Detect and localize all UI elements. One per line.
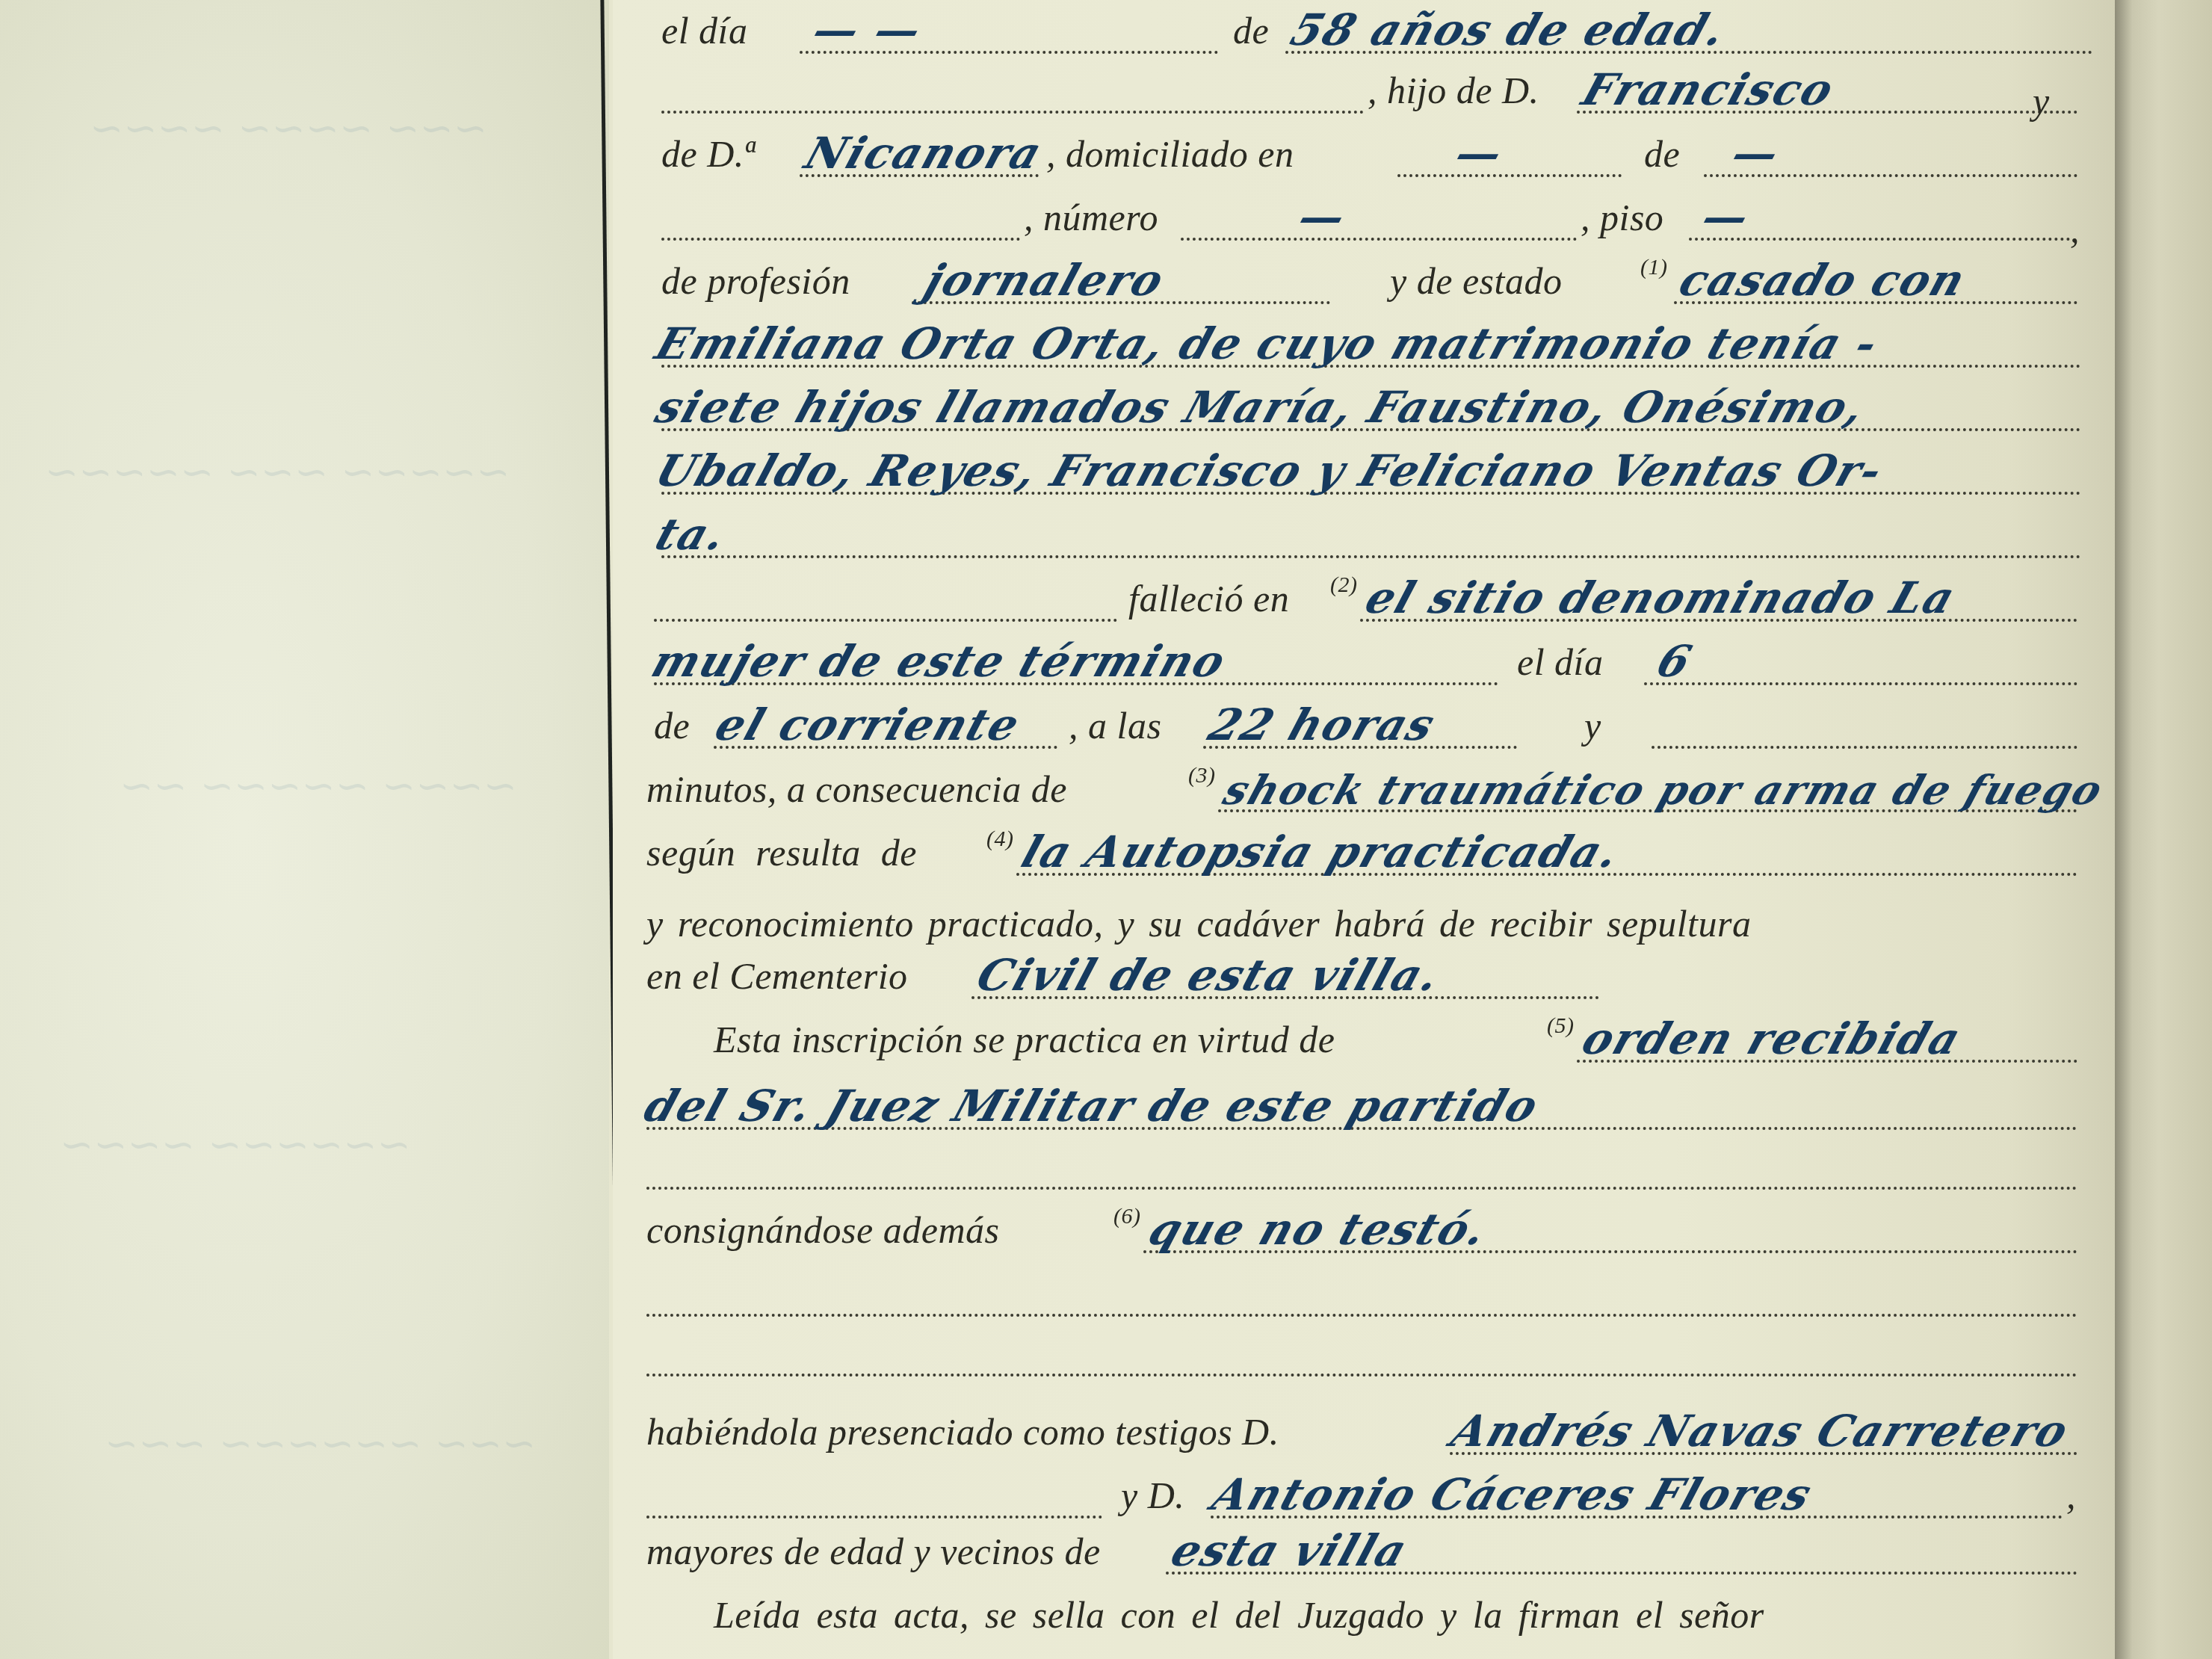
- line-reconocimiento: y reconocimiento practicado, y su cadáve…: [613, 893, 2092, 953]
- value-hijos: siete hijos llamados María, Faustino, On…: [649, 382, 1872, 433]
- line-testigos-1: habiéndola presenciado como testigos D. …: [613, 1401, 2092, 1461]
- fill-line: [646, 1374, 2077, 1377]
- value-localidad: —: [1726, 128, 1787, 179]
- line-numero: , número — , piso — ,: [613, 187, 2092, 247]
- fill-line: [1181, 238, 1577, 241]
- fill-line: [1652, 746, 2077, 749]
- fill-line: [1689, 238, 2070, 241]
- bleed-through-text: ~~~~~ ~~~ ~~~~~: [45, 448, 510, 495]
- fill-line: [1397, 174, 1622, 177]
- value-madre: Nicanora: [799, 128, 1049, 179]
- value-cementerio: Civil de esta villa.: [971, 950, 1448, 1001]
- line-padre: , hijo de D. Francisco y: [613, 60, 2092, 120]
- value-testigo-1: Andrés Navas Carretero: [1445, 1406, 2076, 1456]
- label-testigos: habiéndola presenciado como testigos D.: [646, 1410, 1279, 1453]
- fill-line: [654, 619, 1117, 622]
- line-lugar: mujer de este término el día 6: [613, 631, 2092, 691]
- label-de: de: [654, 704, 690, 747]
- line-cementerio: en el Cementerio Civil de esta villa.: [613, 945, 2092, 1005]
- label-y-d: y D.: [1121, 1474, 1184, 1517]
- label-el-dia: el día: [1517, 640, 1603, 684]
- value-domicilio: —: [1449, 128, 1510, 179]
- line-testigos-2: y D. Antonio Cáceres Flores ,: [613, 1465, 2092, 1524]
- text-leida: Leída esta acta, se sella con el del Juz…: [714, 1593, 1764, 1637]
- value-mes: el corriente: [709, 699, 1027, 750]
- line-fecha: de el corriente , a las 22 horas y: [613, 695, 2092, 755]
- bleed-through-text: ~~~ ~~~~~~ ~~~: [105, 1420, 536, 1467]
- value-hijos-cont: Ubaldo, Reyes, Francisco y Feliciano Ven…: [649, 445, 1890, 496]
- bleed-through-text: ~~~ ~~~~ ~~~~: [90, 105, 487, 152]
- value-profesion: jornalero: [918, 255, 1171, 306]
- line-blank-1: [613, 1136, 2092, 1196]
- value-numero: —: [1292, 191, 1353, 242]
- line-leida: Leída esta acta, se sella con el del Juz…: [613, 1584, 2092, 1644]
- label-piso: , piso: [1581, 196, 1663, 239]
- line-hw4: ta.: [613, 504, 2092, 564]
- label-de-da: de D.ª: [661, 132, 755, 176]
- fill-line: [661, 555, 2081, 558]
- comma: ,: [2066, 1474, 2076, 1517]
- book-gutter: [2115, 0, 2212, 1659]
- line-vecinos: mayores de edad y vecinos de esta villa: [613, 1521, 2092, 1581]
- text-reconocimiento: y reconocimiento practicado, y su cadáve…: [646, 902, 1751, 945]
- label-estado: y de estado: [1390, 259, 1562, 303]
- label-hijo-de: , hijo de D.: [1368, 69, 1539, 112]
- fill-line: [646, 1314, 2077, 1317]
- line-blank-2: [613, 1263, 2092, 1323]
- footnote-1: (1): [1640, 255, 1667, 280]
- footnote-4: (4): [986, 827, 1013, 852]
- value-dia: — —: [806, 4, 929, 55]
- line-hw1: Emiliana Orta Orta, de cuyo matrimonio t…: [613, 314, 2092, 374]
- label-y: y: [2033, 79, 2050, 123]
- label-de: de: [1644, 132, 1680, 176]
- left-page-blank: ~~~ ~~~~ ~~~~ ~~~~~ ~~~ ~~~~~ ~~~~ ~~~~~…: [0, 0, 609, 1659]
- bleed-through-text: ~~~~ ~~~~~ ~~: [120, 762, 517, 809]
- value-dia-fallecimiento: 6: [1651, 636, 1699, 687]
- label-inscripcion: Esta inscripción se practica en virtud d…: [714, 1018, 1335, 1061]
- value-orden: orden recibida: [1576, 1013, 1968, 1064]
- line-hw2: siete hijos llamados María, Faustino, On…: [613, 377, 2092, 437]
- line-edad: el día — — de 58 años de edad.: [613, 0, 2092, 60]
- value-hora: 22 horas: [1202, 699, 1442, 750]
- line-segun: según resulta de (4) la Autopsia practic…: [613, 822, 2092, 882]
- bleed-through-text: ~~~~~~ ~~~~: [60, 1121, 411, 1168]
- line-hw3: Ubaldo, Reyes, Francisco y Feliciano Ven…: [613, 441, 2092, 501]
- label-numero: , número: [1024, 196, 1158, 239]
- footnote-3: (3): [1188, 763, 1215, 788]
- value-consignandose: que no testó.: [1143, 1204, 1494, 1255]
- line-profesion: de profesión jornalero y de estado (1) c…: [613, 250, 2092, 310]
- footnote-2: (2): [1330, 572, 1357, 598]
- label-fallecio: falleció en: [1128, 577, 1289, 620]
- line-causa: minutos, a consecuencia de (3) shock tra…: [613, 759, 2092, 818]
- value-padre: Francisco: [1576, 64, 1841, 115]
- value-piso: —: [1696, 191, 1757, 242]
- value-lugar: el sitio denominado La: [1359, 572, 1962, 623]
- comma: ,: [2070, 208, 2080, 251]
- label-cementerio: en el Cementerio: [646, 954, 908, 998]
- value-lugar-cont: mujer de este término: [646, 636, 1233, 687]
- line-inscripcion: Esta inscripción se practica en virtud d…: [613, 1009, 2092, 1069]
- value-juez: del Sr. Juez Militar de este partido: [638, 1081, 1545, 1131]
- value-segun: la Autopsia practicada.: [1016, 827, 1627, 877]
- label-a-las: , a las: [1069, 704, 1161, 747]
- label-domiciliado: , domiciliado en: [1046, 132, 1294, 176]
- value-conyuge: Emiliana Orta Orta, de cuyo matrimonio t…: [649, 318, 1885, 369]
- value-hijos-end: ta.: [649, 509, 734, 560]
- footnote-5: (5): [1547, 1013, 1574, 1039]
- label-el-dia: el día: [661, 9, 747, 52]
- value-edad: 58 años de edad.: [1285, 4, 1733, 55]
- label-y: y: [1584, 704, 1601, 747]
- line-fallecio: falleció en (2) el sitio denominado La: [613, 568, 2092, 628]
- fill-line: [646, 1516, 1102, 1519]
- fill-line: [661, 111, 1364, 114]
- label-vecinos: mayores de edad y vecinos de: [646, 1530, 1101, 1573]
- label-profesion: de profesión: [661, 259, 850, 303]
- value-causa: shock traumático por arma de fuego: [1218, 766, 2110, 814]
- certificate-page: el día — — de 58 años de edad. , hijo de…: [613, 0, 2130, 1659]
- value-estado: casado con: [1673, 255, 1973, 306]
- value-vecinos: esta villa: [1165, 1525, 1415, 1576]
- fill-line: [661, 238, 1020, 241]
- fill-line: [1644, 682, 2077, 685]
- footnote-6: (6): [1113, 1204, 1140, 1229]
- label-segun: según resulta de: [646, 831, 917, 874]
- line-blank-3: [613, 1323, 2092, 1382]
- label-consignandose: consignándose además: [646, 1208, 999, 1252]
- fill-line: [646, 1187, 2077, 1190]
- line-consignandose: consignándose además (6) que no testó.: [613, 1199, 2092, 1259]
- line-juez: del Sr. Juez Militar de este partido: [613, 1076, 2092, 1136]
- label-de: de: [1233, 9, 1269, 52]
- value-testigo-2: Antonio Cáceres Flores: [1206, 1469, 1819, 1520]
- line-madre: de D.ª Nicanora , domiciliado en — de —: [613, 123, 2092, 183]
- label-consecuencia: minutos, a consecuencia de: [646, 767, 1067, 811]
